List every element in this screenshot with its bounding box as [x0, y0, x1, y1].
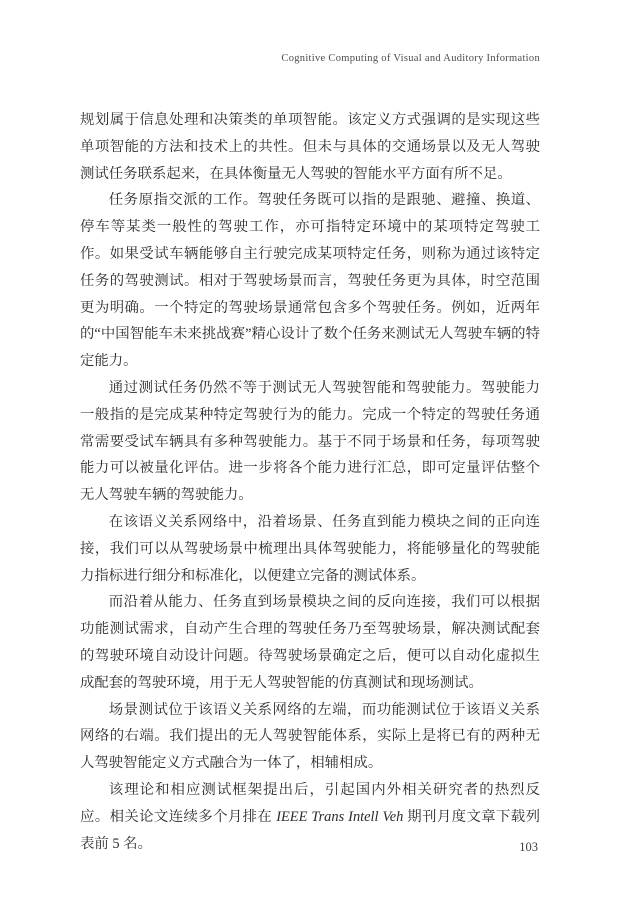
paragraph-text: 任务原指交派的工作。驾驶任务既可以指的是跟驰、避撞、换道、停车等某类一般性的驾驶…: [80, 192, 540, 369]
paragraph-text: 在该语义关系网络中，沿着场景、任务直到能力模块之间的正向连接，我们可以从驾驶场景…: [80, 514, 540, 584]
paragraph-text: 规划属于信息处理和决策类的单项智能。该定义方式强调的是实现这些单项智能的方法和技…: [80, 112, 540, 182]
book-page: Cognitive Computing of Visual and Audito…: [0, 0, 643, 908]
paragraph: 而沿着从能力、任务直到场景模块之间的反向连接，我们可以根据功能测试需求，自动产生…: [80, 589, 540, 696]
paragraph: 在该语义关系网络中，沿着场景、任务直到能力模块之间的正向连接，我们可以从驾驶场景…: [80, 509, 540, 589]
paragraph: 通过测试任务仍然不等于测试无人驾驶智能和驾驶能力。驾驶能力一般指的是完成某种特定…: [80, 375, 540, 509]
paragraph-text: 场景测试位于该语义关系网络的左端，而功能测试位于该语义关系网络的右端。我们提出的…: [80, 702, 540, 772]
paragraph-text: 通过测试任务仍然不等于测试无人驾驶智能和驾驶能力。驾驶能力一般指的是完成某种特定…: [80, 380, 540, 503]
paragraph-text: 而沿着从能力、任务直到场景模块之间的反向连接，我们可以根据功能测试需求，自动产生…: [80, 594, 540, 690]
page-number: 103: [80, 840, 538, 855]
journal-name-text: IEEE Trans Intell Veh: [276, 809, 403, 825]
paragraph: 场景测试位于该语义关系网络的左端，而功能测试位于该语义关系网络的右端。我们提出的…: [80, 697, 540, 777]
page-body: 规划属于信息处理和决策类的单项智能。该定义方式强调的是实现这些单项智能的方法和技…: [80, 107, 540, 857]
paragraph: 任务原指交派的工作。驾驶任务既可以指的是跟驰、避撞、换道、停车等某类一般性的驾驶…: [80, 187, 540, 375]
paragraph: 规划属于信息处理和决策类的单项智能。该定义方式强调的是实现这些单项智能的方法和技…: [80, 107, 540, 187]
running-header-title: Cognitive Computing of Visual and Audito…: [80, 52, 540, 66]
